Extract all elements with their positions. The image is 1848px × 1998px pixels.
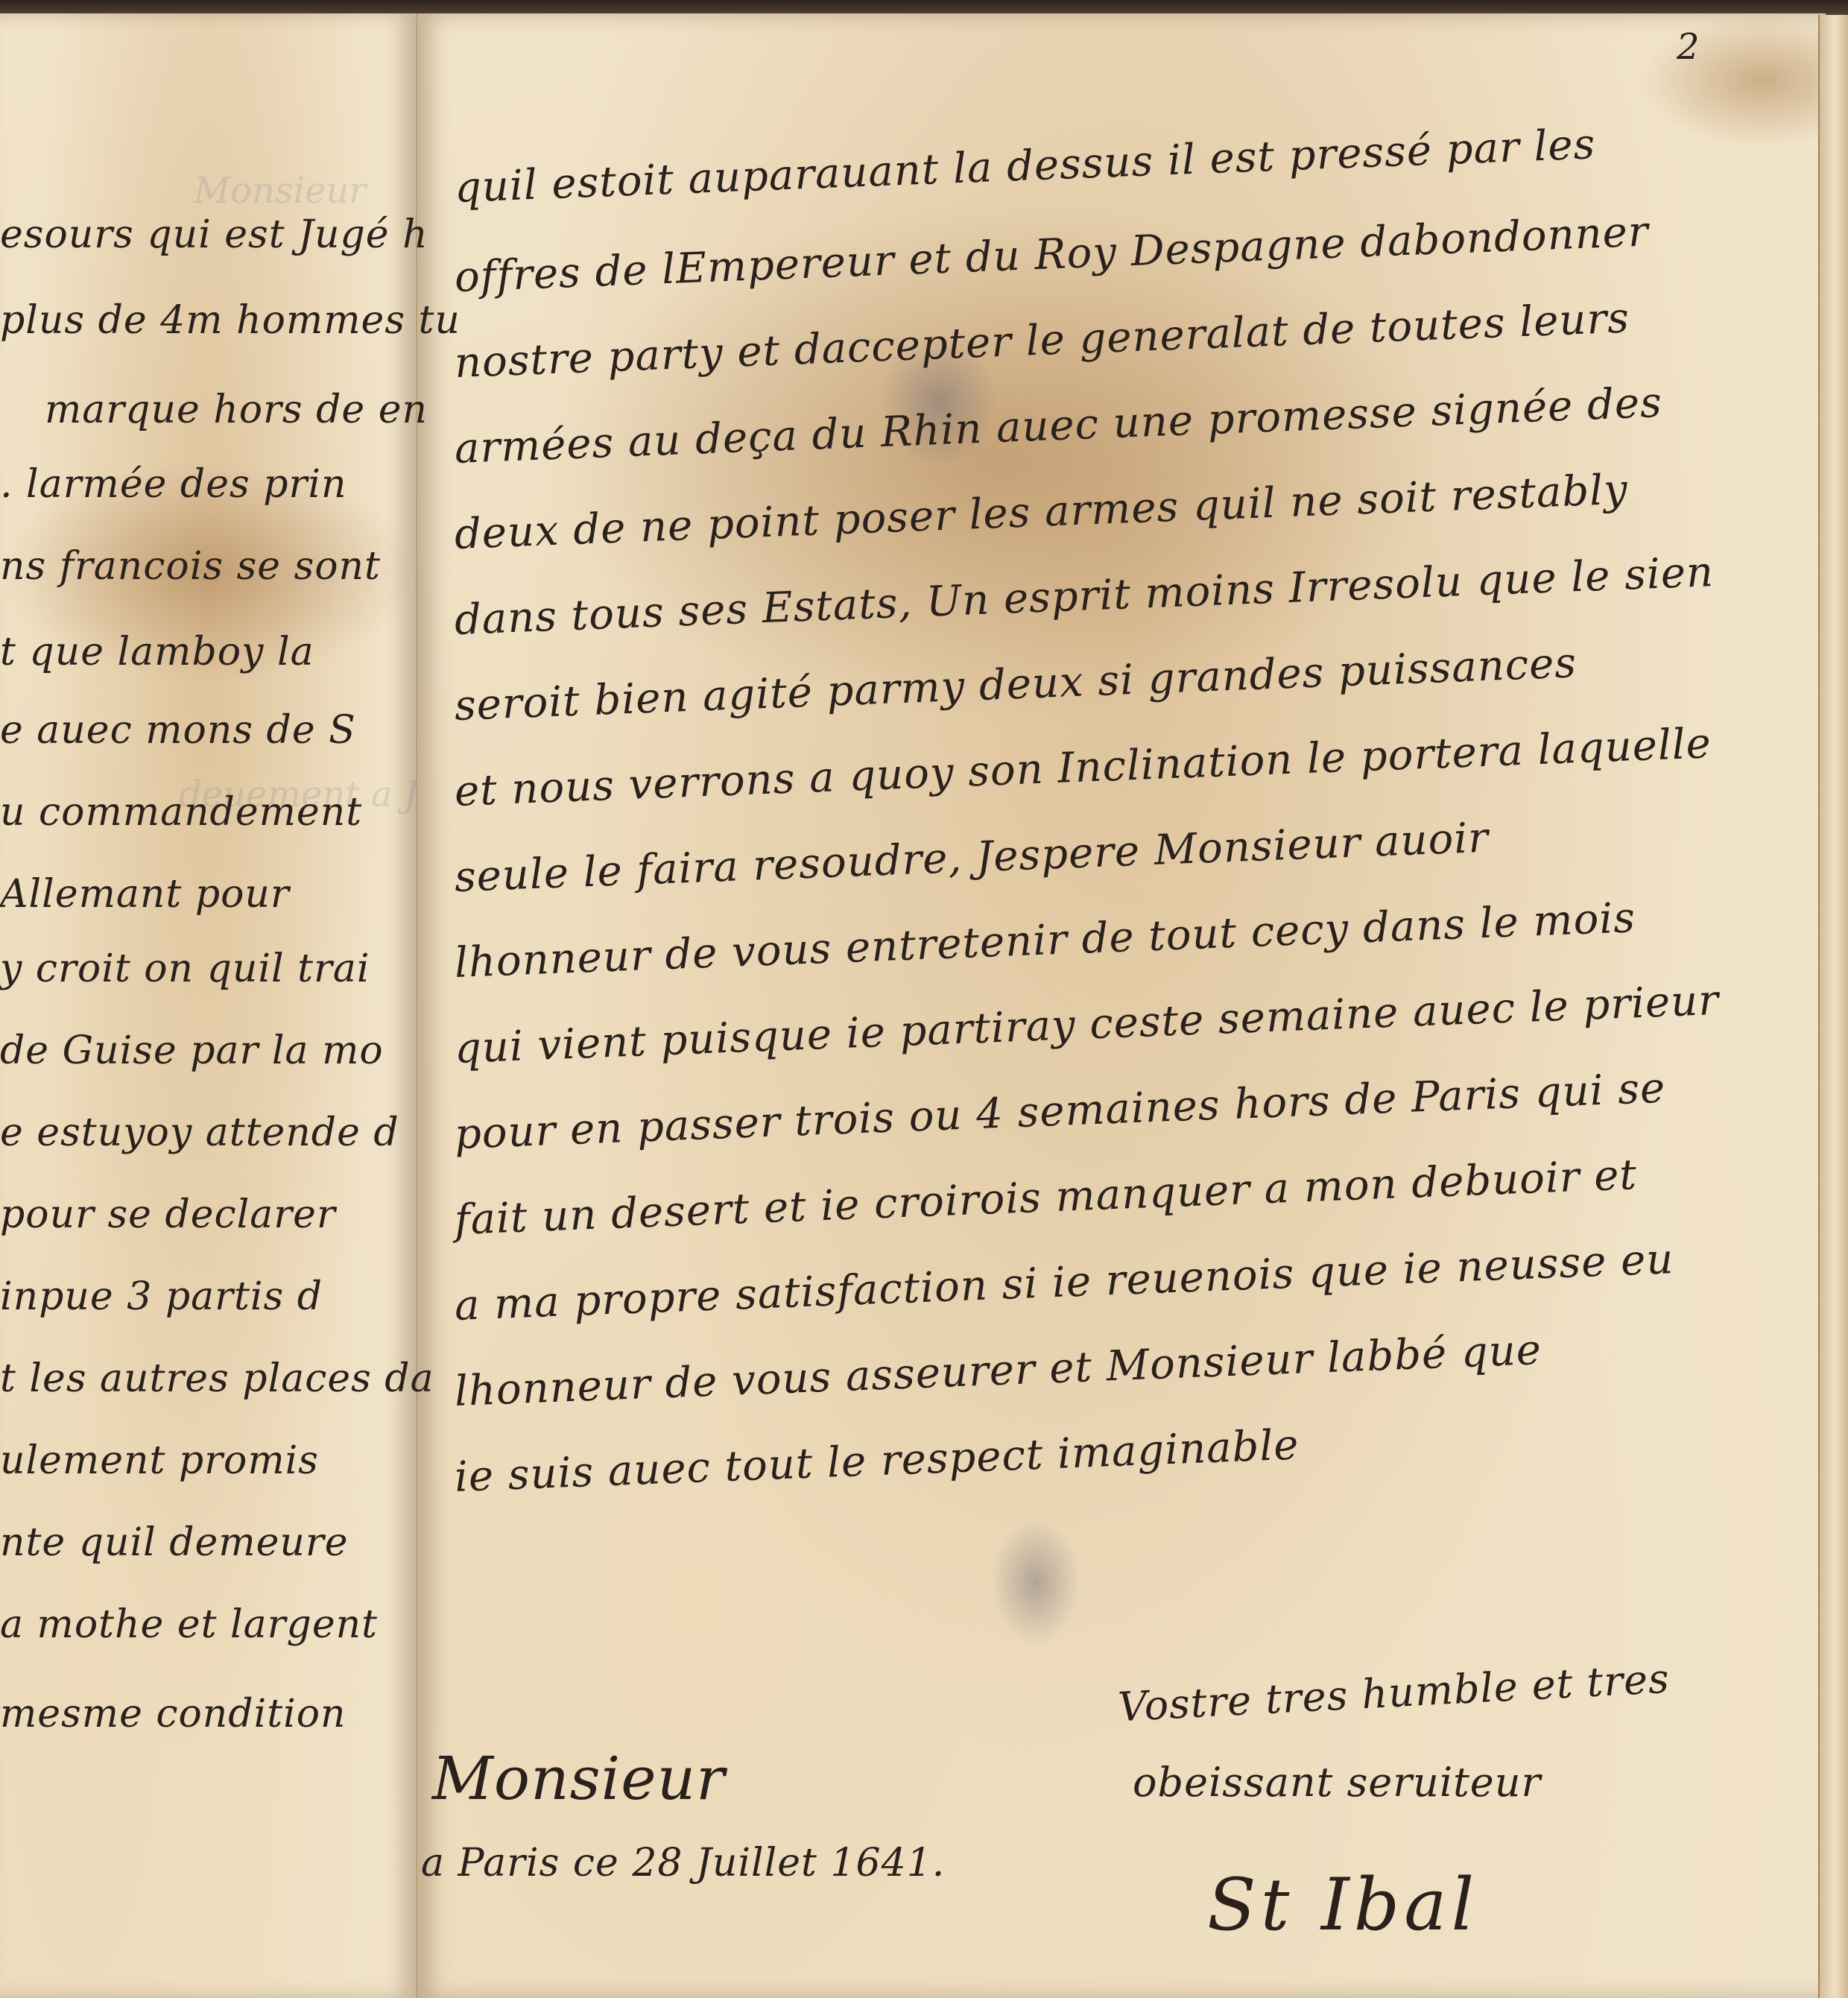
closing-line: obeissant seruiteur — [1133, 1759, 1541, 1806]
left-page-line: e auec mons de S — [0, 708, 356, 753]
salutation: Monsieur — [432, 1744, 725, 1813]
left-page-line: u commandement — [0, 790, 362, 835]
left-page-line: de Guise par la mo — [0, 1028, 384, 1073]
page-number: 2 — [1677, 26, 1700, 68]
left-page-line: . larmée des prin — [0, 462, 346, 507]
ink-blot — [991, 1519, 1080, 1645]
corner-stain — [1639, 13, 1848, 148]
left-page-line: e estuyoy attende d — [0, 1110, 399, 1155]
left-page-line: t les autres places da — [0, 1356, 434, 1401]
left-page-line: marque hors de en — [45, 388, 428, 432]
left-page-line: ulement promis — [0, 1438, 319, 1483]
left-page-line: t que lamboy la — [0, 630, 314, 674]
left-page-line: Allemant pour — [0, 872, 290, 917]
signature: St Ibal — [1207, 1863, 1478, 1947]
left-page-line: plus de 4m hommes tu — [0, 298, 461, 343]
page-stack-edge — [1818, 15, 1848, 1998]
left-page-line: esours qui est Jugé h — [0, 212, 428, 257]
left-page-line: inpue 3 partis d — [0, 1274, 323, 1319]
bleed-through-text: Monsieur — [194, 170, 366, 212]
left-page-line: nte quil demeure — [0, 1520, 349, 1565]
left-page-line: pour se declarer — [0, 1192, 336, 1237]
dateline: a Paris ce 28 Juillet 1641. — [421, 1841, 945, 1885]
left-page-line: y croit on quil trai — [0, 946, 370, 991]
left-page-line: a mothe et largent — [0, 1602, 378, 1647]
left-page-line: mesme condition — [0, 1692, 346, 1736]
left-page-line: ns francois se sont — [0, 544, 381, 589]
